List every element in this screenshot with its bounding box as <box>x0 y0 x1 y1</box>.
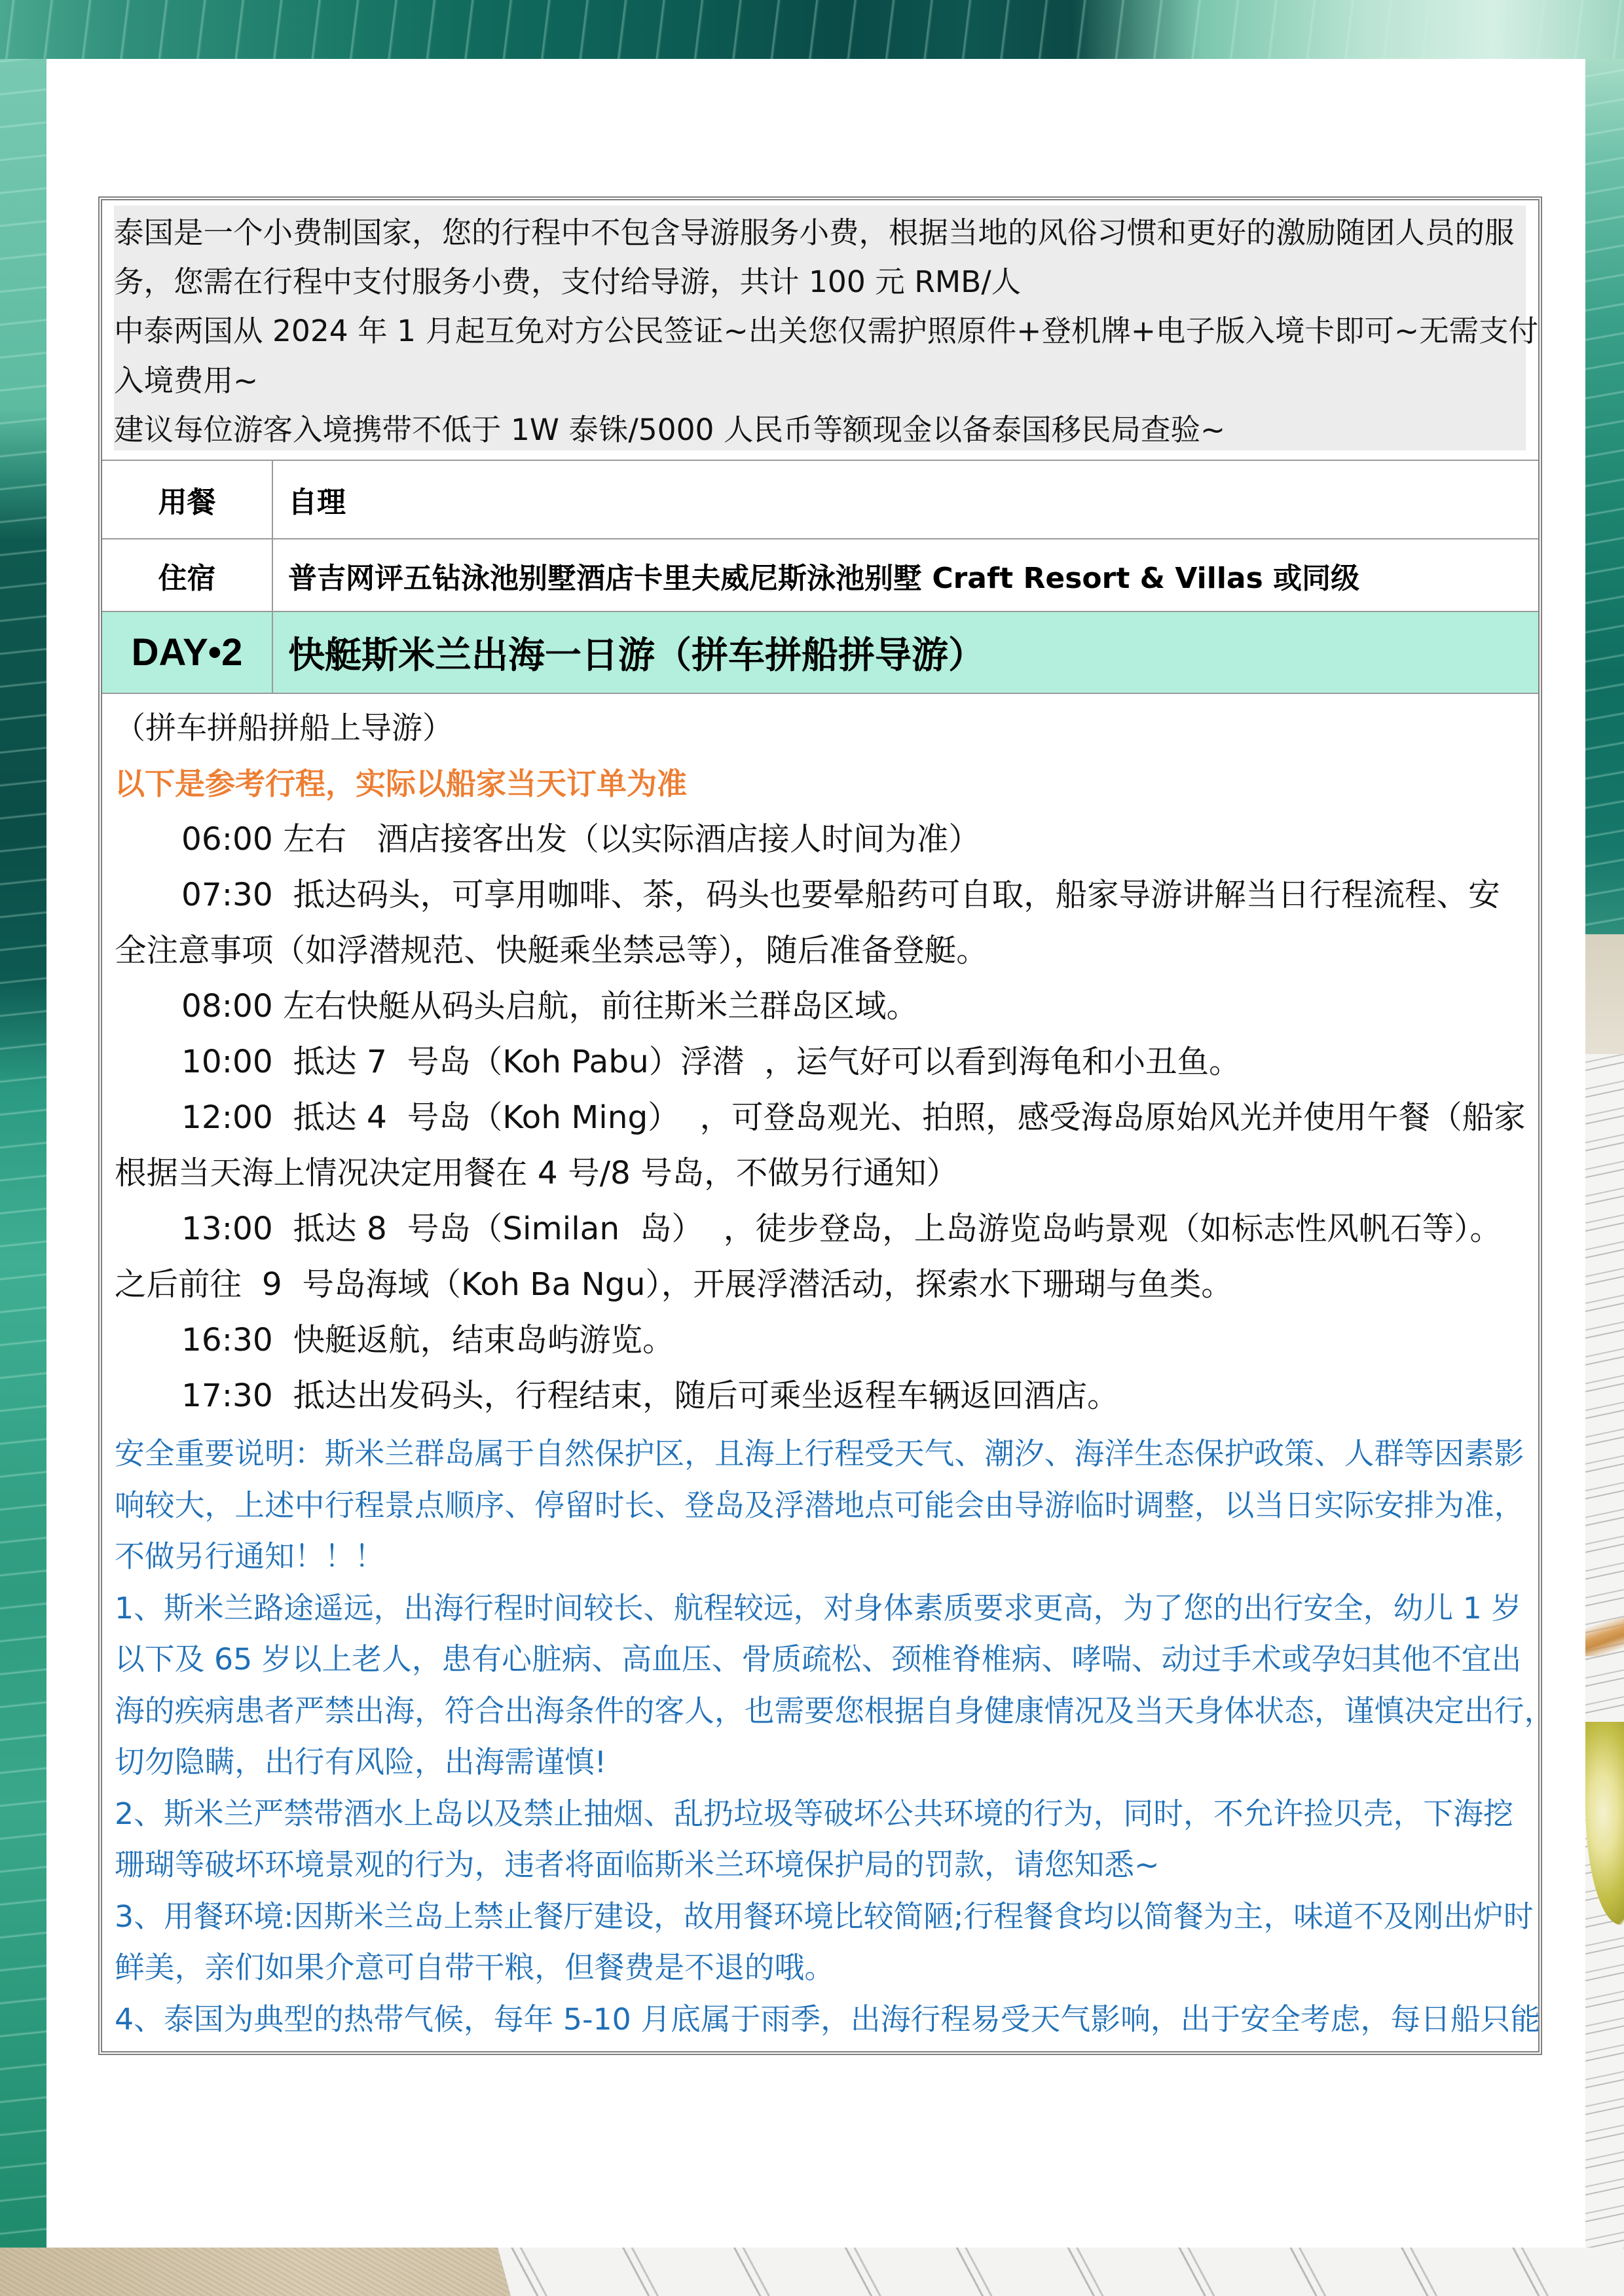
schedule-line: 07:30 抵达码头，可享用咖啡、茶，码头也要晕船药可自取，船家导游讲解当日行程… <box>115 867 1538 923</box>
safety-item-2-line: 珊瑚等破坏环境景观的行为，违者将面临斯米兰环境保护局的罚款，请您知悉~ <box>115 1839 1538 1891</box>
day-content-row: （拼车拼船拼船上导游） 以下是参考行程，实际以船家当天订单为准 06:00 左右… <box>102 694 1538 2051</box>
hotel-value: 普吉网评五钻泳池别墅酒店卡里夫威尼斯泳池别墅 Craft Resort & Vi… <box>273 539 1538 611</box>
schedule-line: 之后前往 9 号岛海域（Koh Ba Ngu），开展浮潜活动，探索水下珊瑚与鱼类… <box>115 1257 1538 1313</box>
meals-value: 自理 <box>273 461 1538 538</box>
schedule-line: 06:00 左右 酒店接客出发（以实际酒店接人时间为准） <box>115 812 1538 867</box>
schedule-line: 17:30 抵达出发码头，行程结束，随后可乘坐返程车辆返回酒店。 <box>115 1368 1538 1424</box>
schedule-line: 16:30 快艇返航，结束岛屿游览。 <box>115 1313 1538 1368</box>
document-page: 泰国是一个小费制国家，您的行程中不包含导游服务小费，根据当地的风俗习惯和更好的激… <box>0 0 1624 2296</box>
safety-item-1-line: 以下及 65 岁以上老人，患有心脏病、高血压、骨质疏松、颈椎脊椎病、哮喘、动过手… <box>115 1633 1538 1685</box>
safety-section: 安全重要说明：斯米兰群岛属于自然保护区，且海上行程受天气、潮汐、海洋生态保护政策… <box>115 1428 1538 2045</box>
schedule-line: 12:00 抵达 4 号岛（Koh Ming） ，可登岛观光、拍照，感受海岛原始… <box>115 1090 1538 1146</box>
background-sand-right <box>1585 934 1624 1054</box>
meals-label: 用餐 <box>102 461 273 538</box>
day-title: 快艇斯米兰出海一日游（拼车拼船拼导游） <box>273 612 1538 693</box>
safety-intro-line: 响较大，上述中行程景点顺序、停留时长、登岛及浮潜地点可能会由导游临时调整，以当日… <box>115 1480 1538 1531</box>
notice-line: 中泰两国从 2024 年 1 月起互免对方公民签证~出关您仅需护照原件+登机牌+… <box>114 306 1526 355</box>
safety-intro-line: 安全重要说明：斯米兰群岛属于自然保护区，且海上行程受天气、潮汐、海洋生态保护政策… <box>115 1428 1538 1480</box>
schedule-line: 全注意事项（如浮潜规范、快艇乘坐禁忌等），随后准备登艇。 <box>115 923 1538 979</box>
notice-line: 入境费用~ <box>114 356 1526 405</box>
safety-intro-line: 不做另行通知！！！ <box>115 1531 1538 1582</box>
safety-item-3-line: 3、用餐环境:因斯米兰岛上禁止餐厅建设，故用餐环境比较简陋;行程餐食均以简餐为主… <box>115 1891 1538 1942</box>
notice-line: 泰国是一个小费制国家，您的行程中不包含导游服务小费，根据当地的风俗习惯和更好的激… <box>114 208 1526 257</box>
notice-box: 泰国是一个小费制国家，您的行程中不包含导游服务小费，根据当地的风俗习惯和更好的激… <box>114 206 1526 450</box>
hotel-label: 住宿 <box>102 539 273 611</box>
tour-subtitle: （拼车拼船拼船上导游） <box>115 701 1538 756</box>
orange-slice-decoration <box>1585 1617 1624 1656</box>
background-sheet-music-bottom <box>485 2248 1624 2296</box>
itinerary-table: 泰国是一个小费制国家，您的行程中不包含导游服务小费，根据当地的风俗习惯和更好的激… <box>98 196 1542 2055</box>
schedule-line: 13:00 抵达 8 号岛（Similan 岛） ，徒步登岛，上岛游览岛屿景观（… <box>115 1201 1538 1257</box>
day-content: （拼车拼船拼船上导游） 以下是参考行程，实际以船家当天订单为准 06:00 左右… <box>102 694 1538 2051</box>
schedule-line: 根据当天海上情况决定用餐在 4 号/8 号岛，不做另行通知） <box>115 1146 1538 1201</box>
schedule-line: 08:00 左右快艇从码头启航，前往斯米兰群岛区域。 <box>115 979 1538 1034</box>
background-sea-left <box>0 59 46 2248</box>
notice-row: 泰国是一个小费制国家，您的行程中不包含导游服务小费，根据当地的风俗习惯和更好的激… <box>102 200 1538 461</box>
notice-line: 建议每位游客入境携带不低于 1W 泰铢/5000 人民币等额现金以备泰国移民局查… <box>114 405 1526 454</box>
meals-row: 用餐 自理 <box>102 461 1538 539</box>
safety-item-3-line: 鲜美，亲们如果介意可自带干粮，但餐费是不退的哦。 <box>115 1942 1538 1994</box>
hotel-row: 住宿 普吉网评五钻泳池别墅酒店卡里夫威尼斯泳池别墅 Craft Resort &… <box>102 539 1538 612</box>
safety-item-1-line: 切勿隐瞒，出行有风险，出海需谨慎! <box>115 1736 1538 1788</box>
background-sea-right <box>1585 59 1624 934</box>
day-label: DAY•2 <box>102 612 273 693</box>
safety-item-1-line: 海的疾病患者严禁出海，符合出海条件的客人，也需要您根据自身健康情况及当天身体状态… <box>115 1685 1538 1737</box>
schedule-section: （拼车拼船拼船上导游） 以下是参考行程，实际以船家当天订单为准 06:00 左右… <box>115 701 1538 1424</box>
background-sand-bottom <box>0 2248 511 2296</box>
day-header-row: DAY•2 快艇斯米兰出海一日游（拼车拼船拼导游） <box>102 612 1538 694</box>
safety-item-2-line: 2、斯米兰严禁带酒水上岛以及禁止抽烟、乱扔垃圾等破坏公共环境的行为，同时，不允许… <box>115 1788 1538 1840</box>
notice-line: 务，您需在行程中支付服务小费，支付给导游，共计 100 元 RMB/人 <box>114 257 1526 306</box>
background-sea-top <box>0 0 1624 59</box>
safety-item-1-line: 1、斯米兰路途遥远，出海行程时间较长、航程较远，对身体素质要求更高，为了您的出行… <box>115 1582 1538 1634</box>
schedule-line: 10:00 抵达 7 号岛（Koh Pabu）浮潜 ，运气好可以看到海龟和小丑鱼… <box>115 1034 1538 1090</box>
safety-item-4-line: 4、泰国为典型的热带气候，每年 5-10 月底属于雨季，出海行程易受天气影响，出… <box>115 1994 1538 2045</box>
reference-note: 以下是参考行程，实际以船家当天订单为准 <box>115 756 1538 812</box>
